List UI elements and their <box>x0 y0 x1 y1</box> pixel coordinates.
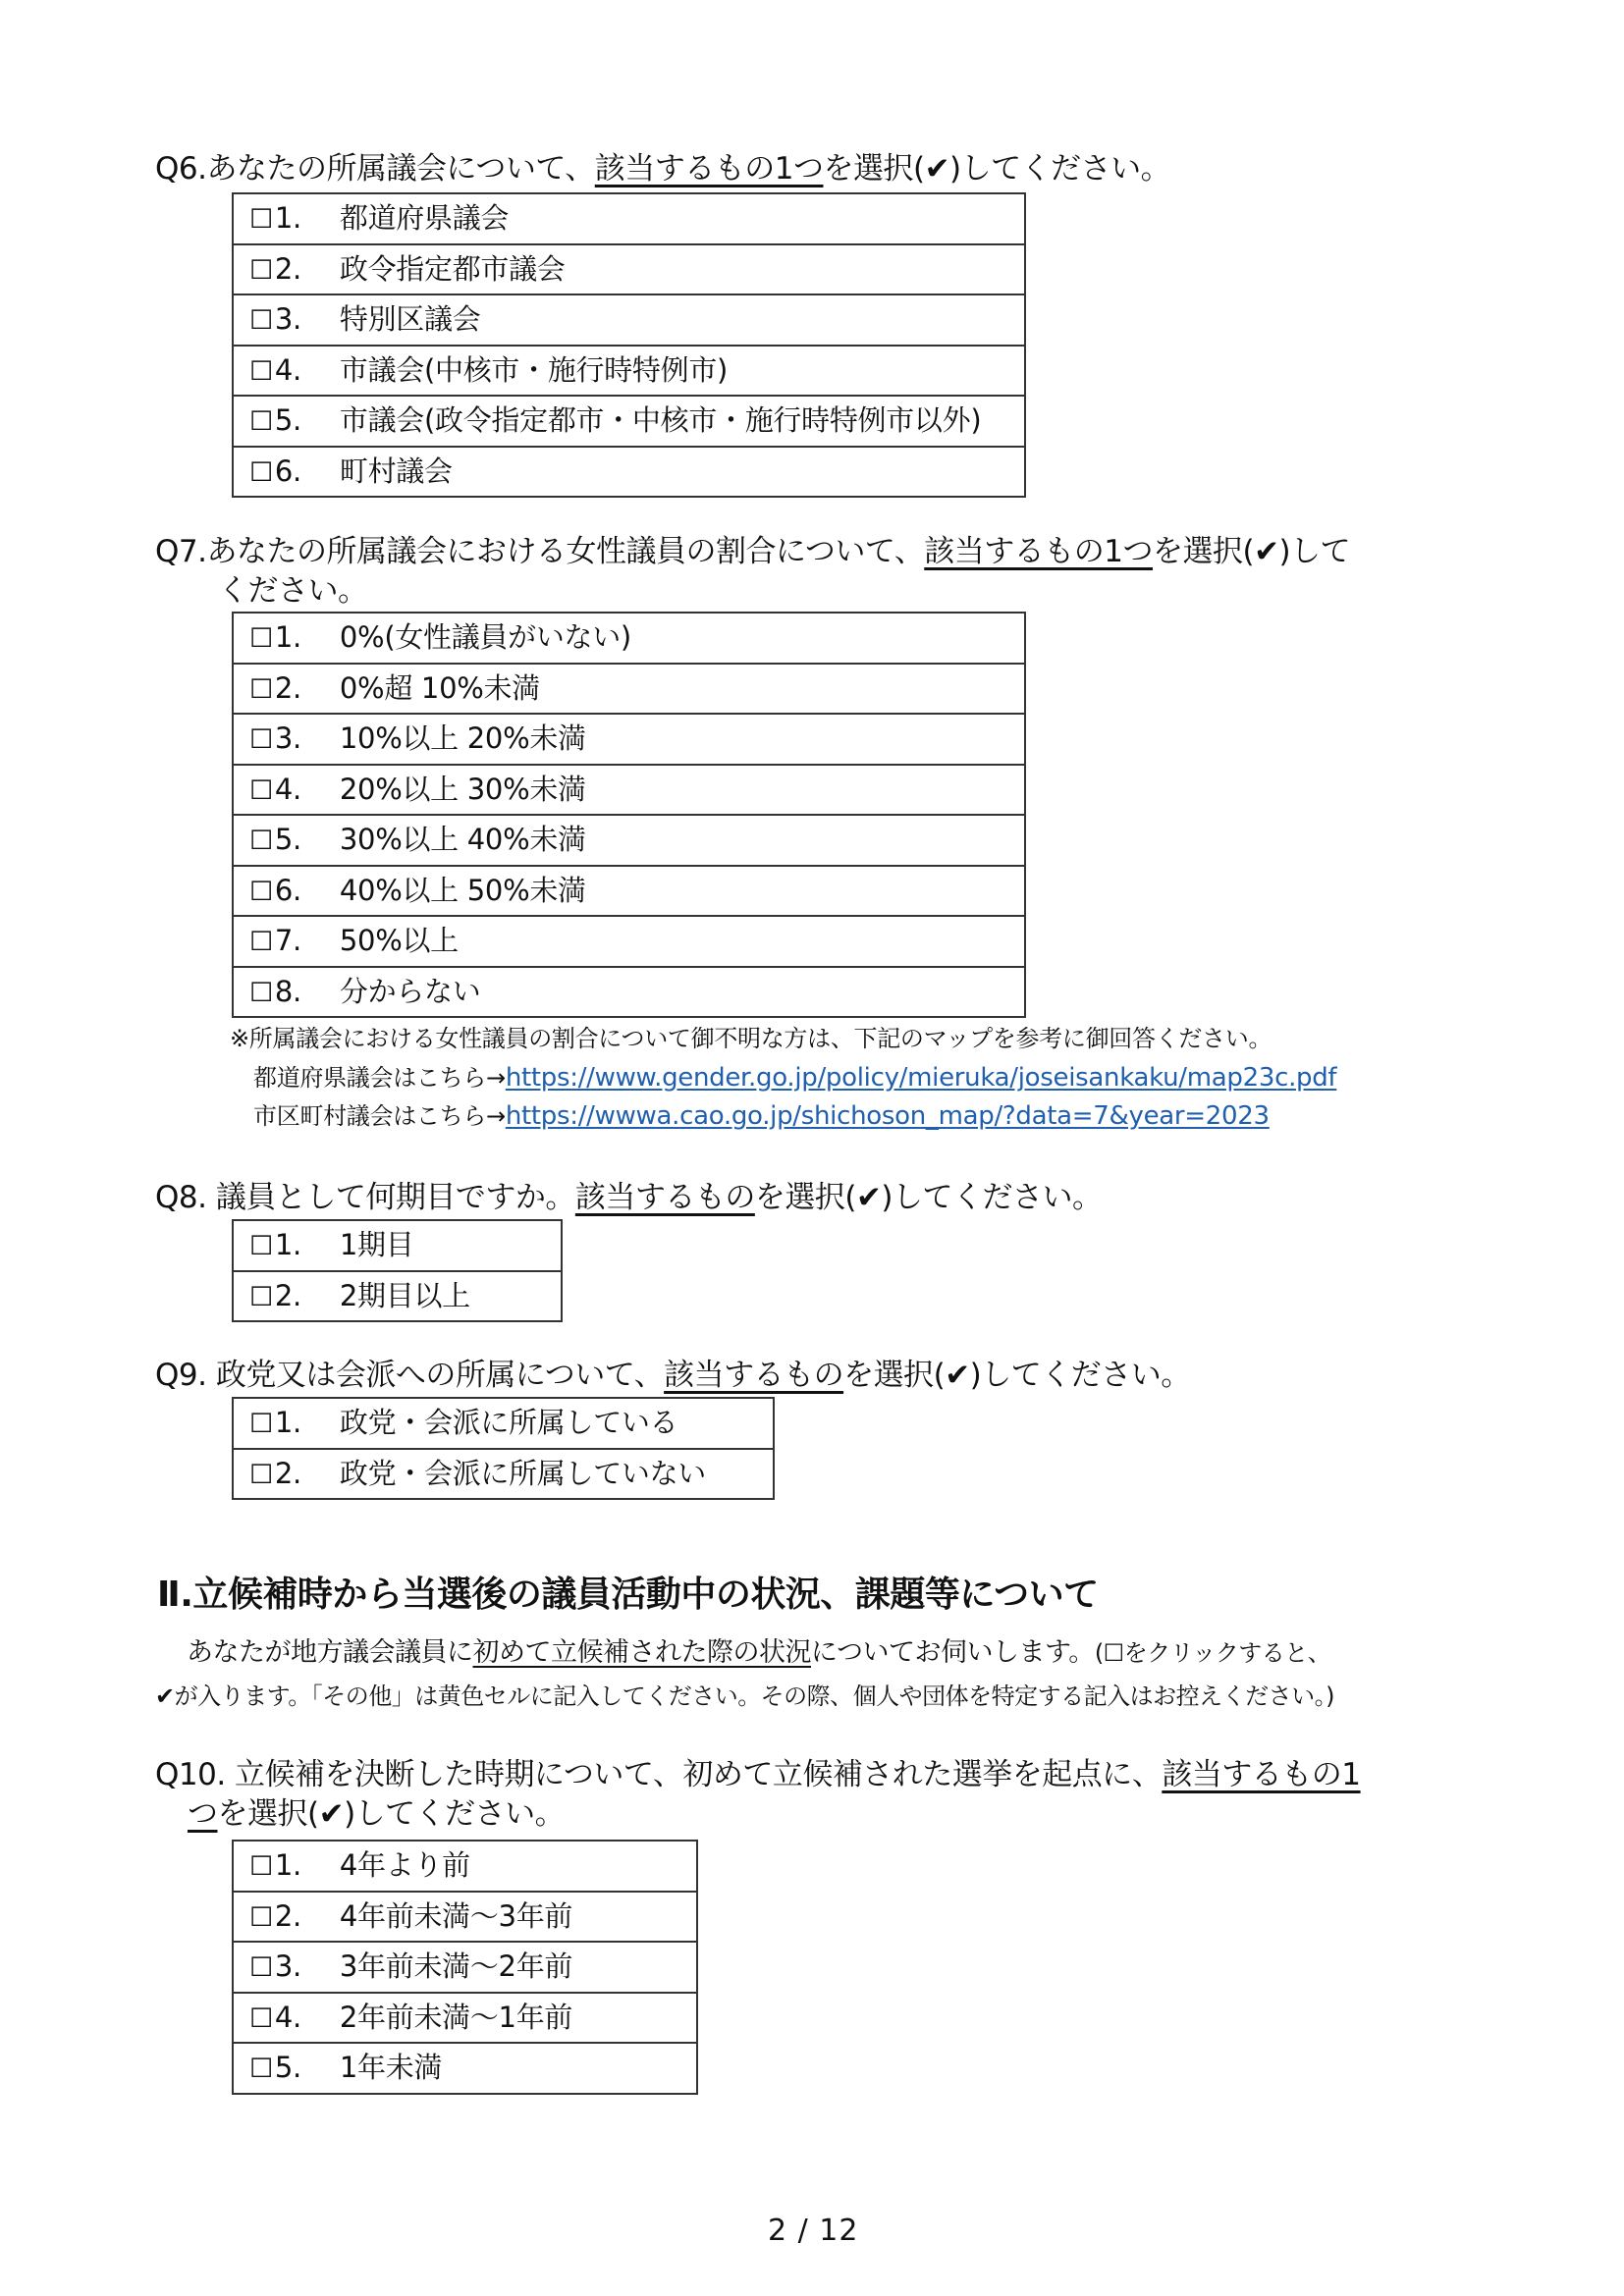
q8-option-1[interactable]: ☐1.1期目 <box>234 1221 561 1272</box>
checkbox-icon[interactable]: ☐ <box>249 1400 273 1448</box>
q7-link-municipal: 市区町村議会はこちら→https://wwwa.cao.go.jp/shicho… <box>253 1101 1270 1131</box>
municipal-map-link[interactable]: https://wwwa.cao.go.jp/shichoson_map/?da… <box>506 1101 1270 1131</box>
checkbox-icon[interactable]: ☐ <box>249 969 273 1017</box>
q7-link-prefectural: 都道府県議会はこちら→https://www.gender.go.jp/poli… <box>253 1063 1336 1093</box>
checkbox-icon[interactable]: ☐ <box>249 1944 273 1992</box>
checkbox-icon[interactable]: ☐ <box>249 614 273 663</box>
q6-option-5[interactable]: ☐5.市議会(政令指定都市・中核市・施行時特例市以外) <box>234 397 1024 448</box>
q7-option-8[interactable]: ☐8.分からない <box>234 968 1024 1019</box>
q6-option-4[interactable]: ☐4.市議会(中核市・施行時特例市) <box>234 347 1024 398</box>
q9-option-2[interactable]: ☐2.政党・会派に所属していない <box>234 1450 773 1501</box>
prefectural-map-link[interactable]: https://www.gender.go.jp/policy/mieruka/… <box>506 1063 1336 1093</box>
q7-title-line2: ください。 <box>218 571 368 611</box>
q6-title-prefix: Q6.あなたの所属議会について、 <box>155 151 595 187</box>
q10-title-emphasis: 該当するもの1 <box>1162 1757 1360 1792</box>
checkbox-icon[interactable]: ☐ <box>249 347 273 396</box>
q7-option-7[interactable]: ☐7.50%以上 <box>234 917 1024 968</box>
page-number: 2 / 12 <box>768 2214 858 2248</box>
q10-title-line2: つを選択(✔)してください。 <box>188 1794 565 1834</box>
section-2-heading: Ⅱ.立候補時から当選後の議員活動中の状況、課題等について <box>157 1574 1099 1617</box>
checkbox-icon[interactable]: ☐ <box>249 1273 273 1321</box>
intro-emphasis: 初めて立候補された際の状況 <box>473 1637 812 1668</box>
q6-option-2[interactable]: ☐2.政令指定都市議会 <box>234 245 1024 296</box>
q8-title: Q8. 議員として何期目ですか。該当するものを選択(✔)してください。 <box>155 1178 1103 1217</box>
q9-option-1[interactable]: ☐1.政党・会派に所属している <box>234 1399 773 1450</box>
q9-options: ☐1.政党・会派に所属している ☐2.政党・会派に所属していない <box>232 1397 775 1500</box>
q7-option-5[interactable]: ☐5.30%以上 40%未満 <box>234 816 1024 867</box>
q8-options: ☐1.1期目 ☐2.2期目以上 <box>232 1219 563 1322</box>
section-2-intro-line2: ✔が入ります。「その他」は黄色セルに記入してください。その際、個人や団体を特定す… <box>155 1679 1334 1714</box>
checkbox-icon[interactable]: ☐ <box>249 246 273 294</box>
q7-option-1[interactable]: ☐1.0%(女性議員がいない) <box>234 614 1024 665</box>
q7-option-6[interactable]: ☐6.40%以上 50%未満 <box>234 867 1024 918</box>
q6-title: Q6.あなたの所属議会について、該当するもの1つを選択(✔)してください。 <box>155 149 1170 188</box>
checkbox-icon[interactable]: ☐ <box>249 767 273 815</box>
checkbox-icon[interactable]: ☐ <box>249 666 273 714</box>
checkbox-icon[interactable]: ☐ <box>249 1451 273 1499</box>
checkbox-icon[interactable]: ☐ <box>249 2045 273 2093</box>
checkbox-icon[interactable]: ☐ <box>249 449 273 497</box>
q7-option-2[interactable]: ☐2.0%超 10%未満 <box>234 665 1024 716</box>
checkbox-icon[interactable]: ☐ <box>249 1222 273 1270</box>
q7-title: Q7.あなたの所属議会における女性議員の割合について、該当するもの1つを選択(✔… <box>155 532 1350 571</box>
checkbox-icon[interactable]: ☐ <box>249 868 273 916</box>
q9-title-emphasis: 該当するもの <box>664 1358 843 1393</box>
q6-option-3[interactable]: ☐3.特別区議会 <box>234 295 1024 347</box>
q8-title-emphasis: 該当するもの <box>575 1180 755 1215</box>
q6-title-emphasis: 該当するもの1つ <box>595 151 824 187</box>
q8-option-2[interactable]: ☐2.2期目以上 <box>234 1272 561 1323</box>
q10-option-2[interactable]: ☐2.4年前未満～3年前 <box>234 1893 696 1944</box>
q6-option-6[interactable]: ☐6.町村議会 <box>234 448 1024 499</box>
checkbox-icon[interactable]: ☐ <box>249 296 273 345</box>
section-2-intro-line1: あなたが地方議会議員に初めて立候補された際の状況についてお伺いします。(☐をクリ… <box>187 1635 1330 1671</box>
q10-option-4[interactable]: ☐4.2年前未満～1年前 <box>234 1994 696 2045</box>
q10-option-1[interactable]: ☐1.4年より前 <box>234 1842 696 1893</box>
q9-title: Q9. 政党又は会派への所属について、該当するものを選択(✔)してください。 <box>155 1356 1191 1395</box>
q10-options: ☐1.4年より前 ☐2.4年前未満～3年前 ☐3.3年前未満～2年前 ☐4.2年… <box>232 1840 698 2095</box>
checkbox-icon[interactable]: ☐ <box>249 918 273 966</box>
checkbox-icon[interactable]: ☐ <box>249 195 273 243</box>
q6-title-suffix: を選択(✔)してください。 <box>823 151 1170 187</box>
checkbox-icon[interactable]: ☐ <box>249 1894 273 1942</box>
checkbox-icon[interactable]: ☐ <box>249 817 273 865</box>
q7-options: ☐1.0%(女性議員がいない) ☐2.0%超 10%未満 ☐3.10%以上 20… <box>232 612 1026 1018</box>
checkbox-icon[interactable]: ☐ <box>249 716 273 764</box>
q7-title-emphasis: 該当するもの1つ <box>924 534 1153 569</box>
checkbox-icon[interactable]: ☐ <box>249 398 273 446</box>
q6-options: ☐1.都道府県議会 ☐2.政令指定都市議会 ☐3.特別区議会 ☐4.市議会(中核… <box>232 192 1026 498</box>
q7-option-3[interactable]: ☐3.10%以上 20%未満 <box>234 715 1024 766</box>
q10-option-3[interactable]: ☐3.3年前未満～2年前 <box>234 1943 696 1994</box>
q7-note: ※所属議会における女性議員の割合について御不明な方は、下記のマップを参考に御回答… <box>230 1024 1272 1053</box>
q10-title: Q10. 立候補を決断した時期について、初めて立候補された選挙を起点に、該当する… <box>155 1755 1361 1794</box>
checkbox-icon[interactable]: ☐ <box>249 1995 273 2043</box>
q7-option-4[interactable]: ☐4.20%以上 30%未満 <box>234 766 1024 817</box>
q6-option-1[interactable]: ☐1.都道府県議会 <box>234 194 1024 245</box>
q10-option-5[interactable]: ☐5.1年未満 <box>234 2044 696 2095</box>
checkbox-icon[interactable]: ☐ <box>249 1842 273 1891</box>
